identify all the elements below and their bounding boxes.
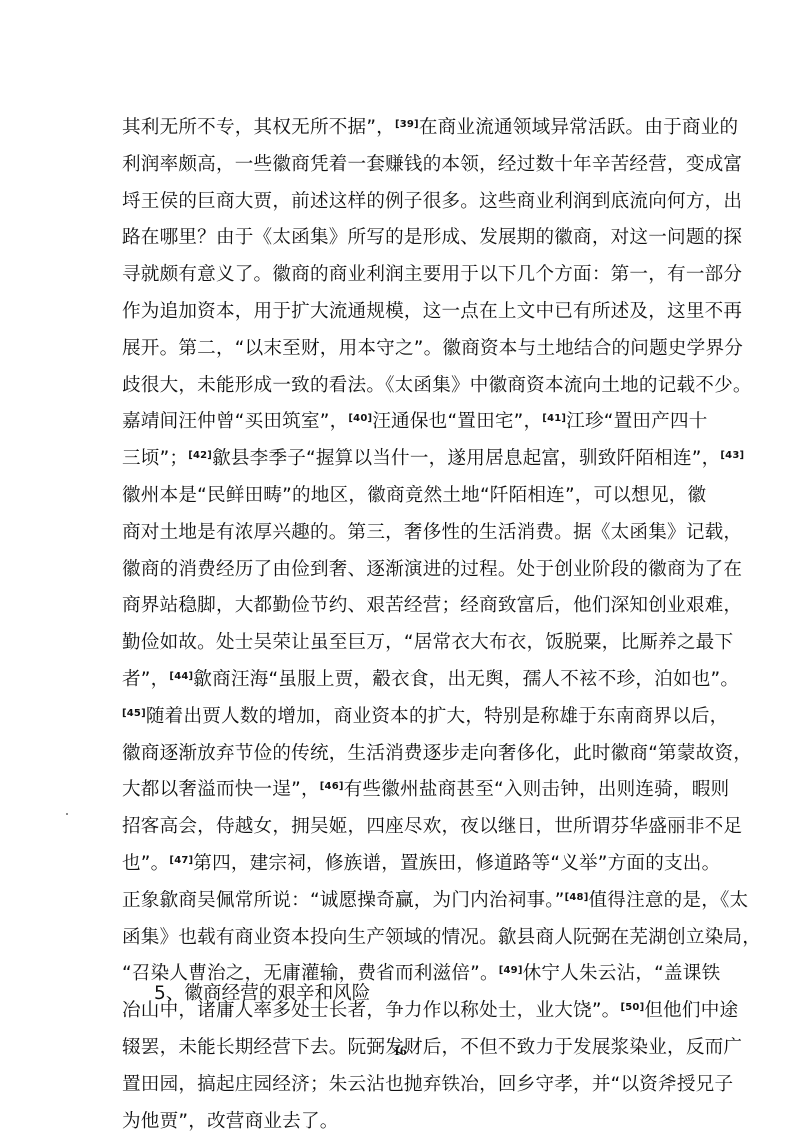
text-run: 埒王侯的巨商大贾，前述这样的例子很多。这些商业利润到底流向何方，出 xyxy=(122,191,742,212)
text-line: 大都以奢溢而快一逞”，[46]有些徽州盐商甚至“入则击钟，出则连骑，暇则 xyxy=(122,772,682,809)
footnote-ref: [41] xyxy=(542,413,566,424)
text-run: 江珍“置田产四十 xyxy=(566,411,707,432)
text-line: 路在哪里？由于《太函集》所写的是形成、发展期的徽商，对这一问题的探 xyxy=(122,220,682,257)
footnote-ref: [44] xyxy=(169,671,193,682)
footnote-ref: [40] xyxy=(348,413,372,424)
text-line: 也”。[47]第四，建宗祠，修族谱，置族田，修道路等“义举”方面的支出。 xyxy=(122,846,682,883)
text-line: 徽商逐渐放弃节俭的传统，生活消费逐步走向奢侈化，此时徽商“第蒙故资， xyxy=(122,736,682,773)
text-line: 利润率颇高，一些徽商凭着一套赚钱的本领，经过数十年辛苦经营，变成富 xyxy=(122,147,682,184)
text-line: 正象歙商吴佩常所说：“诚愿操奇赢，为门内治祠事。”[48]值得注意的是，《太 xyxy=(122,883,682,920)
footnote-ref: [48] xyxy=(565,892,589,903)
footnote-ref: [49] xyxy=(499,965,523,976)
footnote-ref: [43] xyxy=(720,450,744,461)
text-run: 值得注意的是，《太 xyxy=(588,890,748,911)
text-line: 作为追加资本，用于扩大流通规模，这一点在上文中已有所述及，这里不再 xyxy=(122,294,682,331)
text-line: 者”，[44]歙商汪海“虽服上贾，觳衣食，出无舆，孺人不袨不珍，泊如也”。 xyxy=(122,662,682,699)
text-run: 汪通保也“置田宅”， xyxy=(372,411,542,432)
text-run: 展开。第二，“以末至财，用本守之”。徽商资本与土地结合的问题史学界分 xyxy=(122,338,743,359)
text-run: 商对土地是有浓厚兴趣的。第三，奢侈性的生活消费。据《太函集》记载， xyxy=(122,522,742,543)
footnote-ref: [45] xyxy=(122,708,146,719)
section-heading: 5、徽商经营的艰辛和风险 xyxy=(154,976,370,1012)
text-line: 商对土地是有浓厚兴趣的。第三，奢侈性的生活消费。据《太函集》记载， xyxy=(122,515,682,552)
text-run: 置田园，搞起庄园经济；朱云沾也抛弃铁冶，回乡守孝，并“以资斧授兄子 xyxy=(122,1074,733,1095)
footnote-ref: [47] xyxy=(169,855,193,866)
text-run: 嘉靖间汪仲曾“买田筑室”， xyxy=(122,411,348,432)
text-run: 路在哪里？由于《太函集》所写的是形成、发展期的徽商，对这一问题的探 xyxy=(122,227,742,248)
text-run: 休宁人朱云沾，“盖课铁 xyxy=(523,963,721,984)
text-line: 埒王侯的巨商大贾，前述这样的例子很多。这些商业利润到底流向何方，出 xyxy=(122,184,682,221)
text-run: 商界站稳脚，大都勤俭节约、艰苦经营；经商致富后，他们深知创业艰难， xyxy=(122,595,742,616)
text-line: 函集》也载有商业资本投向生产领域的情况。歙县商人阮弼在芜湖创立染局， xyxy=(122,920,682,957)
text-line: 招客高会，侍越女，拥吴姬，四座尽欢，夜以继日，世所谓芬华盛丽非不足 xyxy=(122,809,682,846)
text-run: 徽州本是“民鲜田畴”的地区，徽商竟然土地“阡陌相连”，可以想见，徽 xyxy=(122,485,706,506)
page-number: 16 xyxy=(0,1043,800,1059)
text-run: 歧很大，未能形成一致的看法。《太函集》中徽商资本流向土地的记载不少。 xyxy=(122,375,752,396)
footnote-ref: [50] xyxy=(620,1002,644,1013)
text-line: 徽州本是“民鲜田畴”的地区，徽商竟然土地“阡陌相连”，可以想见，徽 xyxy=(122,478,682,515)
text-line: 商界站稳脚，大都勤俭节约、艰苦经营；经商致富后，他们深知创业艰难， xyxy=(122,588,682,625)
text-run: 作为追加资本，用于扩大流通规模，这一点在上文中已有所述及，这里不再 xyxy=(122,301,742,322)
text-run: 徽商逐渐放弃节俭的传统，生活消费逐步走向奢侈化，此时徽商“第蒙故资， xyxy=(122,743,752,764)
text-run: 歙商汪海“虽服上贾，觳衣食，出无舆，孺人不袨不珍，泊如也”。 xyxy=(193,669,739,690)
text-run: 者”， xyxy=(122,669,169,690)
text-run: 利润率颇高，一些徽商凭着一套赚钱的本领，经过数十年辛苦经营，变成富 xyxy=(122,154,742,175)
text-run: 但他们中途 xyxy=(644,1000,738,1021)
text-run: 三顷”； xyxy=(122,448,188,469)
text-line: [45]随着出贾人数的增加，商业资本的扩大，特别是称雄于东南商界以后， xyxy=(122,699,682,736)
text-run: 正象歙商吴佩常所说：“诚愿操奇赢，为门内治祠事。” xyxy=(122,890,565,911)
text-run: 其利无所不专，其权无所不据”， xyxy=(122,117,395,138)
text-run: 第四，建宗祠，修族谱，置族田，修道路等“义举”方面的支出。 xyxy=(193,853,720,874)
text-run: 随着出贾人数的增加，商业资本的扩大，特别是称雄于东南商界以后， xyxy=(146,706,729,727)
text-run: 徽商的消费经历了由俭到奢、逐渐演进的过程。处于创业阶段的徽商为了在 xyxy=(122,559,742,580)
text-line: 为他贾”，改营商业去了。 xyxy=(122,1104,682,1134)
footnote-ref: [46] xyxy=(320,781,344,792)
scan-speck xyxy=(66,813,68,815)
footnote-ref: [42] xyxy=(188,450,212,461)
text-run: 招客高会，侍越女，拥吴姬，四座尽欢，夜以继日，世所谓芬华盛丽非不足 xyxy=(122,816,742,837)
text-run: 大都以奢溢而快一逞”， xyxy=(122,779,320,800)
text-run: 在商业流通领域异常活跃。由于商业的 xyxy=(419,117,739,138)
text-line: 勤俭如故。处士吴荣让虽至巨万，“居常衣大布衣，饭脱粟，比厮养之最下 xyxy=(122,625,682,662)
text-line: 嘉靖间汪仲曾“买田筑室”，[40]汪通保也“置田宅”，[41]江珍“置田产四十 xyxy=(122,404,682,441)
text-line: 寻就颇有意义了。徽商的商业利润主要用于以下几个方面：第一，有一部分 xyxy=(122,257,682,294)
text-run: 有些徽州盐商甚至“入则击钟，出则连骑，暇则 xyxy=(344,779,730,800)
text-line: 三顷”；[42]歙县李季子“握算以当什一，遂用居息起富，驯致阡陌相连”，[43] xyxy=(122,441,682,478)
text-line: 徽商的消费经历了由俭到奢、逐渐演进的过程。处于创业阶段的徽商为了在 xyxy=(122,552,682,589)
footnote-ref: [39] xyxy=(395,119,419,130)
text-line: 其利无所不专，其权无所不据”，[39]在商业流通领域异常活跃。由于商业的 xyxy=(122,110,682,147)
text-line: 展开。第二，“以末至财，用本守之”。徽商资本与土地结合的问题史学界分 xyxy=(122,331,682,368)
text-run: 寻就颇有意义了。徽商的商业利润主要用于以下几个方面：第一，有一部分 xyxy=(122,264,742,285)
text-run: 也”。 xyxy=(122,853,169,874)
text-run: 为他贾”，改营商业去了。 xyxy=(122,1111,339,1132)
text-run: 函集》也载有商业资本投向生产领域的情况。歙县商人阮弼在芜湖创立染局， xyxy=(122,927,761,948)
text-run: 勤俭如故。处士吴荣让虽至巨万，“居常衣大布衣，饭脱粟，比厮养之最下 xyxy=(122,632,733,653)
document-page: 其利无所不专，其权无所不据”，[39]在商业流通领域异常活跃。由于商业的利润率颇… xyxy=(0,0,800,1134)
text-run: 歙县李季子“握算以当什一，遂用居息起富，驯致阡陌相连”， xyxy=(212,448,720,469)
text-line: 置田园，搞起庄园经济；朱云沾也抛弃铁冶，回乡守孝，并“以资斧授兄子 xyxy=(122,1067,682,1104)
text-line: 歧很大，未能形成一致的看法。《太函集》中徽商资本流向土地的记载不少。 xyxy=(122,368,682,405)
